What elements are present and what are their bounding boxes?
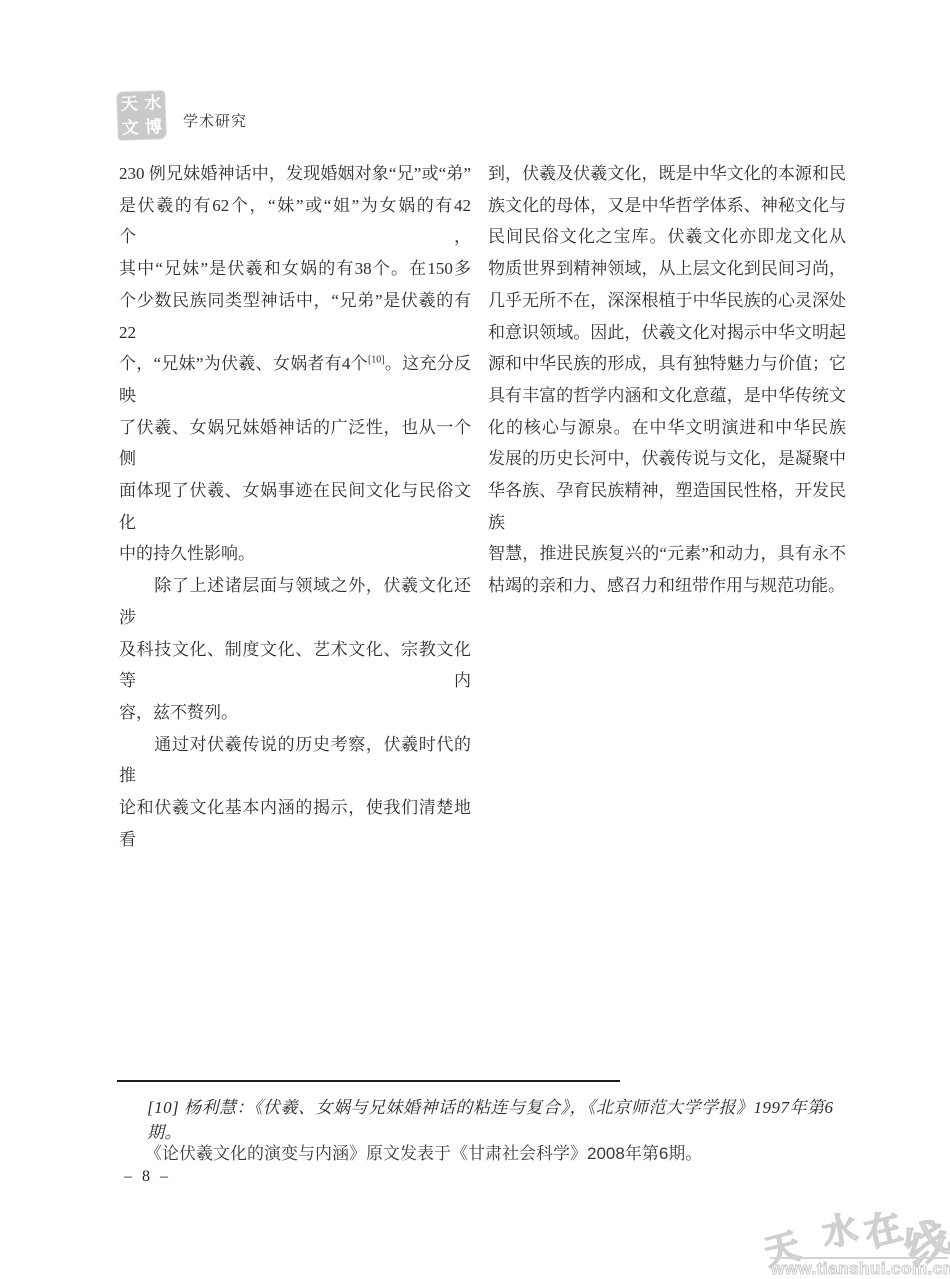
text-line: 枯竭的亲和力、感召力和纽带作用与规范功能。: [488, 570, 846, 602]
seal-char: 文: [118, 116, 142, 140]
left-column: 230 例兄妹婚神话中，发现婚姻对象“兄”或“弟” 是伏羲的有62个，“妹”或“…: [119, 158, 471, 855]
page-number: – 8 –: [124, 1168, 171, 1186]
text-line: 通过对伏羲传说的历史考察，伏羲时代的推: [119, 729, 471, 792]
seal-char: 博: [142, 115, 166, 139]
watermark-url: www.tianshui.com.cn: [771, 1259, 950, 1279]
text-line: 几乎无所不在，深深根植于中华民族的心灵深处: [488, 285, 846, 317]
text-line: 个少数民族同类型神话中，“兄弟”是伏羲的有22: [119, 285, 471, 348]
text-line: 物质世界到精神领域，从上层文化到民间习尚，: [488, 253, 846, 285]
text-line: 论和伏羲文化基本内涵的揭示，使我们清楚地看: [119, 792, 471, 855]
watermark-brand-char: 水: [818, 1201, 861, 1256]
text-line: 具有丰富的哲学内涵和文化意蕴，是中华传统文: [488, 380, 846, 412]
museum-seal-logo: 天 水 文 博: [117, 91, 166, 140]
text-line: 民间民俗文化之宝库。伏羲文化亦即龙文化从: [488, 221, 846, 253]
text-line: 华各族、孕育民族精神，塑造国民性格，开发民族: [488, 475, 846, 538]
text-line: 个，“兄妹”为伏羲、女娲者有4个[10]。这充分反映: [119, 348, 471, 411]
text-line: 智慧，推进民族复兴的“元素”和动力，具有永不: [488, 538, 846, 570]
seal-char: 天: [117, 92, 141, 116]
footnote-divider: [117, 1080, 620, 1082]
text-line: 是伏羲的有62个，“妹”或“姐”为女娲的有42个，: [119, 190, 471, 253]
text-line: 容，兹不赘列。: [119, 697, 471, 729]
text-line: 源和中华民族的形成，具有独特魅力与价值；它: [488, 348, 846, 380]
text-run: 个，“兄妹”为伏羲、女娲者有4个: [119, 354, 368, 373]
text-line: 除了上述诸层面与领域之外，伏羲文化还涉: [119, 570, 471, 633]
text-line: 发展的历史长河中，伏羲传说与文化，是凝聚中: [488, 443, 846, 475]
footnote-ref-superscript: [10]: [368, 355, 385, 366]
seal-char: 水: [141, 91, 165, 115]
text-line: 其中“兄妹”是伏羲和女娲的有38个。在150多: [119, 253, 471, 285]
text-line: 到，伏羲及伏羲文化，既是中华文化的本源和民: [488, 158, 846, 190]
text-line: 面体现了伏羲、女娲事迹在民间文化与民俗文化: [119, 475, 471, 538]
right-column: 到，伏羲及伏羲文化，既是中华文化的本源和民 族文化的母体，又是中华哲学体系、神秘…: [488, 158, 846, 855]
text-line: 化的核心与源泉。在中华文明演进和中华民族: [488, 412, 846, 444]
footnote-reference: [10] 杨利慧：《伏羲、女娲与兄妹婚神话的粘连与复合》，《北京师范大学学报》1…: [147, 1093, 847, 1143]
source-note: 《论伏羲文化的演变与内涵》原文发表于《甘肃社会科学》2008年第6期。: [145, 1139, 845, 1164]
section-label: 学术研究: [183, 110, 247, 131]
text-line: 了伏羲、女娲兄妹婚神话的广泛性，也从一个侧: [119, 412, 471, 475]
text-line: 族文化的母体，又是中华哲学体系、神秘文化与: [488, 190, 846, 222]
text-line: 和意识领域。因此，伏羲文化对揭示中华文明起: [488, 317, 846, 349]
watermark: 天 水 在 线 www.tianshui.com.cn: [758, 1198, 950, 1279]
document-page: 天 水 文 博 学术研究 230 例兄妹婚神话中，发现婚姻对象“兄”或“弟” 是…: [0, 0, 950, 1279]
text-line: 及科技文化、制度文化、艺术文化、宗教文化等内: [119, 634, 471, 697]
text-line: 中的持久性影响。: [119, 538, 471, 570]
article-columns: 230 例兄妹婚神话中，发现婚姻对象“兄”或“弟” 是伏羲的有62个，“妹”或“…: [119, 158, 846, 855]
text-line: 230 例兄妹婚神话中，发现婚姻对象“兄”或“弟”: [119, 158, 471, 190]
